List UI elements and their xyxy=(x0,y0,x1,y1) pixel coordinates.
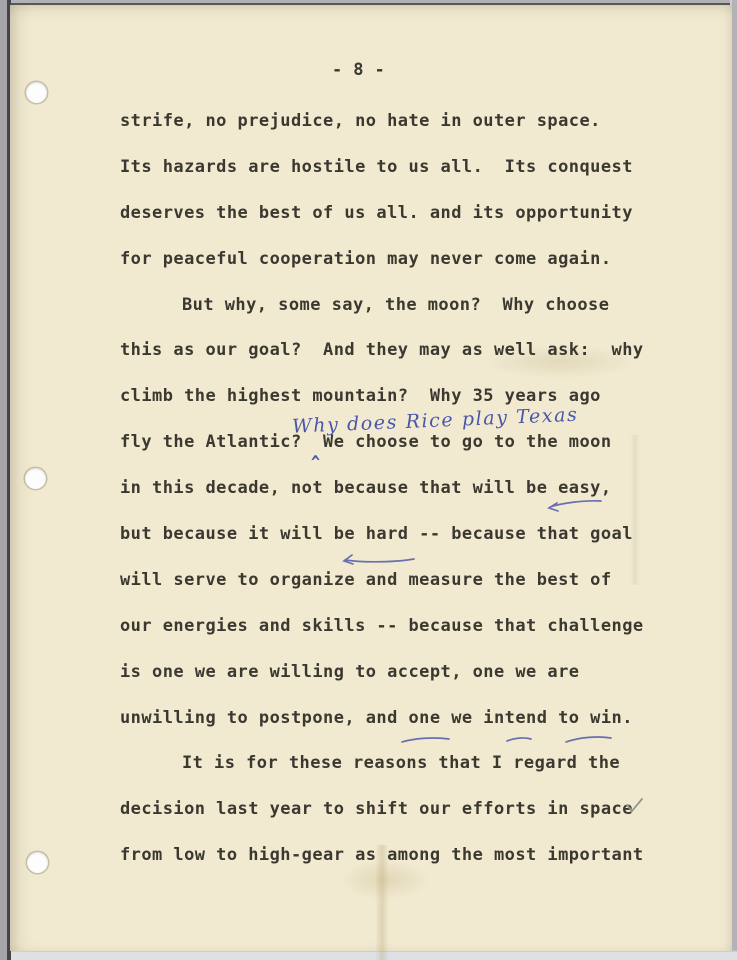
scanner-bed-bottom xyxy=(0,950,737,960)
typed-line: decision last year to shift our efforts … xyxy=(120,786,680,832)
typed-line: from low to high-gear as among the most … xyxy=(120,832,680,878)
typed-line: in this decade, not because that will be… xyxy=(120,465,680,511)
typed-line: this as our goal? And they may as well a… xyxy=(120,327,680,373)
punch-hole xyxy=(27,852,48,873)
typed-text-block: strife, no prejudice, no hate in outer s… xyxy=(120,98,680,878)
punch-hole xyxy=(26,82,47,103)
typed-line: It is for these reasons that I regard th… xyxy=(120,740,680,786)
typed-line: unwilling to postpone, and one we intend… xyxy=(120,695,680,741)
typescript-page: - 8 - strife, no prejudice, no hate in o… xyxy=(10,5,732,951)
punch-hole xyxy=(25,468,46,489)
typed-line: is one we are willing to accept, one we … xyxy=(120,649,680,695)
typed-line: deserves the best of us all. and its opp… xyxy=(120,190,680,236)
scanned-document: - 8 - strife, no prejudice, no hate in o… xyxy=(0,0,737,960)
typed-line: our energies and skills -- because that … xyxy=(120,603,680,649)
typed-line: but because it will be hard -- because t… xyxy=(120,511,680,557)
typed-line: will serve to organize and measure the b… xyxy=(120,557,680,603)
typed-line: for peaceful cooperation may never come … xyxy=(120,236,680,282)
typed-line: strife, no prejudice, no hate in outer s… xyxy=(120,98,680,144)
page-number: - 8 - xyxy=(332,60,385,80)
insertion-caret-mark: ^ xyxy=(311,451,320,473)
typed-line: But why, some say, the moon? Why choose xyxy=(120,282,680,328)
typed-line: Its hazards are hostile to us all. Its c… xyxy=(120,144,680,190)
